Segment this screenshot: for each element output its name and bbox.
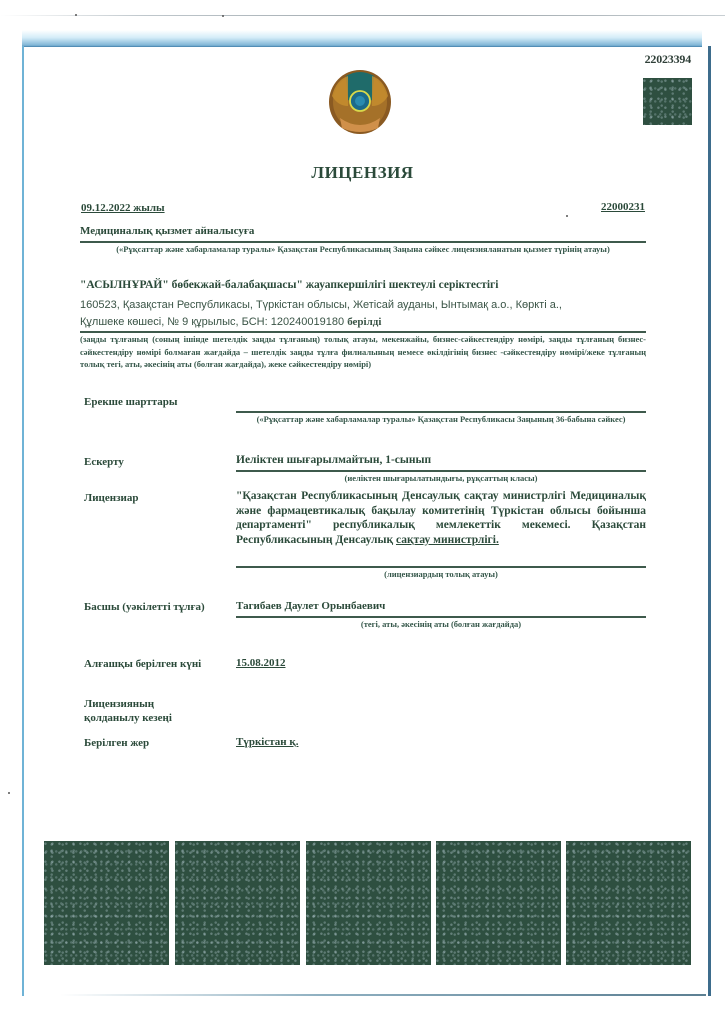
scan-speck (75, 14, 77, 16)
qr-code-row (44, 841, 690, 965)
qr-code-icon (643, 78, 692, 125)
address-line-2: Құлшеке көшесі, № 9 құрылыс, БСН: 120240… (80, 316, 344, 328)
qr-code-icon (436, 841, 561, 965)
serial-number: 22023394 (645, 52, 691, 67)
license-number: 22000231 (601, 201, 645, 213)
licensor-name-tail: сақтау министрлігі. (396, 534, 499, 546)
place-of-issue-label: Берілген жер (84, 736, 149, 750)
qr-code-icon (306, 841, 431, 965)
scan-speck (8, 792, 10, 794)
head-caption: (тегі, аты, әкесінің аты (болған жағдайд… (236, 618, 646, 630)
first-issue-date-value: 15.08.2012 (236, 657, 286, 669)
issue-date: 09.12.2022 жылы (81, 202, 165, 214)
place-of-issue-value: Түркістан қ. (236, 736, 298, 748)
scan-speck (222, 15, 224, 17)
licensor-label: Лицензиар (84, 491, 138, 505)
licensor-value: "Қазақстан Республикасының Денсаулық сақ… (236, 489, 646, 547)
activity-caption: («Рұқсаттар және хабарламалар туралы» Қа… (80, 243, 646, 255)
qr-code-icon (44, 841, 169, 965)
licensee-caption: (заңды тұлғаның (соның ішінде шетелдік з… (80, 333, 646, 371)
licensor-caption: (лицензиардың толық атауы) (236, 568, 646, 580)
scan-edge-line (0, 15, 725, 16)
activity-type: Медициналық қызмет айналысуға (80, 225, 254, 237)
licensee-address: 160523, Қазақстан Республикасы, Түркіста… (80, 297, 650, 331)
qr-code-icon (566, 841, 691, 965)
frame-bottom-border (60, 994, 706, 996)
page-title: ЛИЦЕНЗИЯ (0, 163, 725, 183)
note-label: Ескерту (84, 455, 124, 469)
state-emblem-icon (326, 66, 394, 136)
address-line-1: 160523, Қазақстан Республикасы, Түркіста… (80, 299, 562, 311)
special-conditions-caption: («Рұқсаттар және хабарламалар туралы» Қа… (236, 413, 646, 425)
head-value: Тагибаев Даулет Орынбаевич (236, 600, 385, 612)
validity-label-line-2: қолданылу кезеңі (84, 712, 172, 724)
note-caption: (иеліктен шығарылатындығы, рұқсаттың кла… (236, 472, 646, 484)
special-conditions-label: Ерекше шарттары (84, 395, 178, 409)
licensee-name: "АСЫЛНҰРАЙ" бөбекжай-балабақшасы" жауапк… (80, 279, 498, 291)
qr-code-icon (175, 841, 300, 965)
validity-label-line-1: Лицензияның (84, 698, 154, 710)
first-issue-date-label: Алғашқы берілген күні (84, 657, 201, 671)
head-label: Басшы (уәкілетті тұлға) (84, 600, 205, 614)
validity-period-label: Лицензияның қолданылу кезеңі (84, 697, 172, 725)
frame-top-border (22, 30, 702, 47)
issued-word: берілді (347, 316, 381, 328)
note-value: Иеліктен шығарылмайтын, 1-сынып (236, 454, 431, 466)
